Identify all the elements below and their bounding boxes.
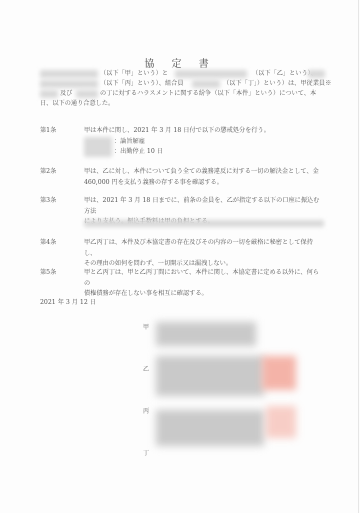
article-label: 第5条 <box>40 268 70 279</box>
redacted-signature-a <box>156 322 256 346</box>
article-text: 460,000 円を支払う義務の存する事を確認する。 <box>84 178 325 189</box>
sub-item-text: ：出勤停止 10 日 <box>114 147 163 158</box>
sub-item: ：出勤停止 10 日 <box>84 147 325 157</box>
article-text: 甲と乙丙丁は、甲と乙丙丁間において、本件に関し、本協定書に定める以外に、何らの <box>84 268 325 289</box>
signatory-label: 乙 <box>143 364 149 373</box>
preamble-text: （以下「丁」）という）は、甲従業員※ <box>223 79 331 89</box>
redacted-bank-account <box>84 220 324 227</box>
document-title: 協 定 書 <box>0 55 360 70</box>
article-5: 第5条 甲と乙丙丁は、甲と乙丙丁間において、本件に関し、本協定書に定める以外に、… <box>40 268 325 300</box>
preamble-text: （以下「甲」という）と <box>100 69 168 79</box>
redacted-seal-b <box>262 356 296 390</box>
redacted-party-c <box>308 70 325 78</box>
redacted-party-c-cont <box>40 80 98 88</box>
article-text: 甲は本件に関し、2021 年 3 月 18 日付で以下の懲戒処分を行う。 <box>84 126 325 137</box>
document-page: 協 定 書 （以下「甲」という）と （以下「乙」という）、 （以下「丙」という）… <box>0 0 360 513</box>
article-text: 債権債務が存在しない事を相互に確認する。 <box>84 289 325 300</box>
signatory-label: 甲 <box>143 322 149 331</box>
sub-item: ：論旨解雇 <box>84 137 325 147</box>
article-2: 第2条 甲は、乙に対し、本件について負う全ての義務違反に対する一切の解決金として… <box>40 167 325 188</box>
article-label: 第1条 <box>40 126 70 137</box>
article-text: 甲乙丙丁は、本件及び本協定書の存在及びその内容の一切を厳格に秘密として保持し、 <box>84 238 325 259</box>
redacted-seal-c <box>266 406 296 438</box>
redacted-party-a <box>40 70 98 78</box>
redacted-signature-c <box>156 410 264 446</box>
preamble: （以下「甲」という）と （以下「乙」という）、 （以下「丙」という）、組合員 （… <box>40 69 325 109</box>
redacted-signature-b <box>156 356 264 396</box>
sub-item-text: ：論旨解雇 <box>114 137 145 148</box>
redacted-member <box>192 80 220 88</box>
redacted-employee-2 <box>76 90 98 98</box>
preamble-line-3: 及び の丁に対するハラスメントに関する紛争（以下「本件」という）について、本 <box>40 89 325 99</box>
article-4: 第4条 甲乙丙丁は、本件及び本協定書の存在及びその内容の一切を厳格に秘密として保… <box>40 238 325 270</box>
article-label: 第4条 <box>40 238 70 249</box>
signatory-label: 丙 <box>143 406 149 415</box>
preamble-line-2: （以下「丙」という）、組合員 （以下「丁」）という）は、甲従業員※ <box>40 79 325 89</box>
article-text: 甲は、2021 年 3 月 18 日までに、前条の金員を、乙が指定する以下の口座… <box>84 196 325 217</box>
redacted-employee <box>40 90 58 98</box>
redacted-party-b <box>175 70 247 78</box>
preamble-line-4: 日、以下の通り合意した。 <box>40 99 325 109</box>
agreement-date: 2021 年 3 月 12 日 <box>40 297 96 306</box>
article-label: 第3条 <box>40 196 70 207</box>
signatory-label: 丁 <box>143 448 149 457</box>
preamble-text: 及び <box>60 89 72 99</box>
article-label: 第2条 <box>40 167 70 178</box>
preamble-text: の丁に対するハラスメントに関する紛争（以下「本件」という）について、本 <box>100 89 316 99</box>
article-3: 第3条 甲は、2021 年 3 月 18 日までに、前条の金員を、乙が指定する以… <box>40 196 325 228</box>
page-edge <box>358 0 359 513</box>
preamble-line-1: （以下「甲」という）と （以下「乙」という）、 <box>40 69 325 79</box>
preamble-text: （以下「丙」という）、組合員 <box>100 79 184 89</box>
article-1: 第1条 甲は本件に関し、2021 年 3 月 18 日付で以下の懲戒処分を行う。… <box>40 126 325 157</box>
article-text: 甲は、乙に対し、本件について負う全ての義務違反に対する一切の解決金として、金 <box>84 167 325 178</box>
